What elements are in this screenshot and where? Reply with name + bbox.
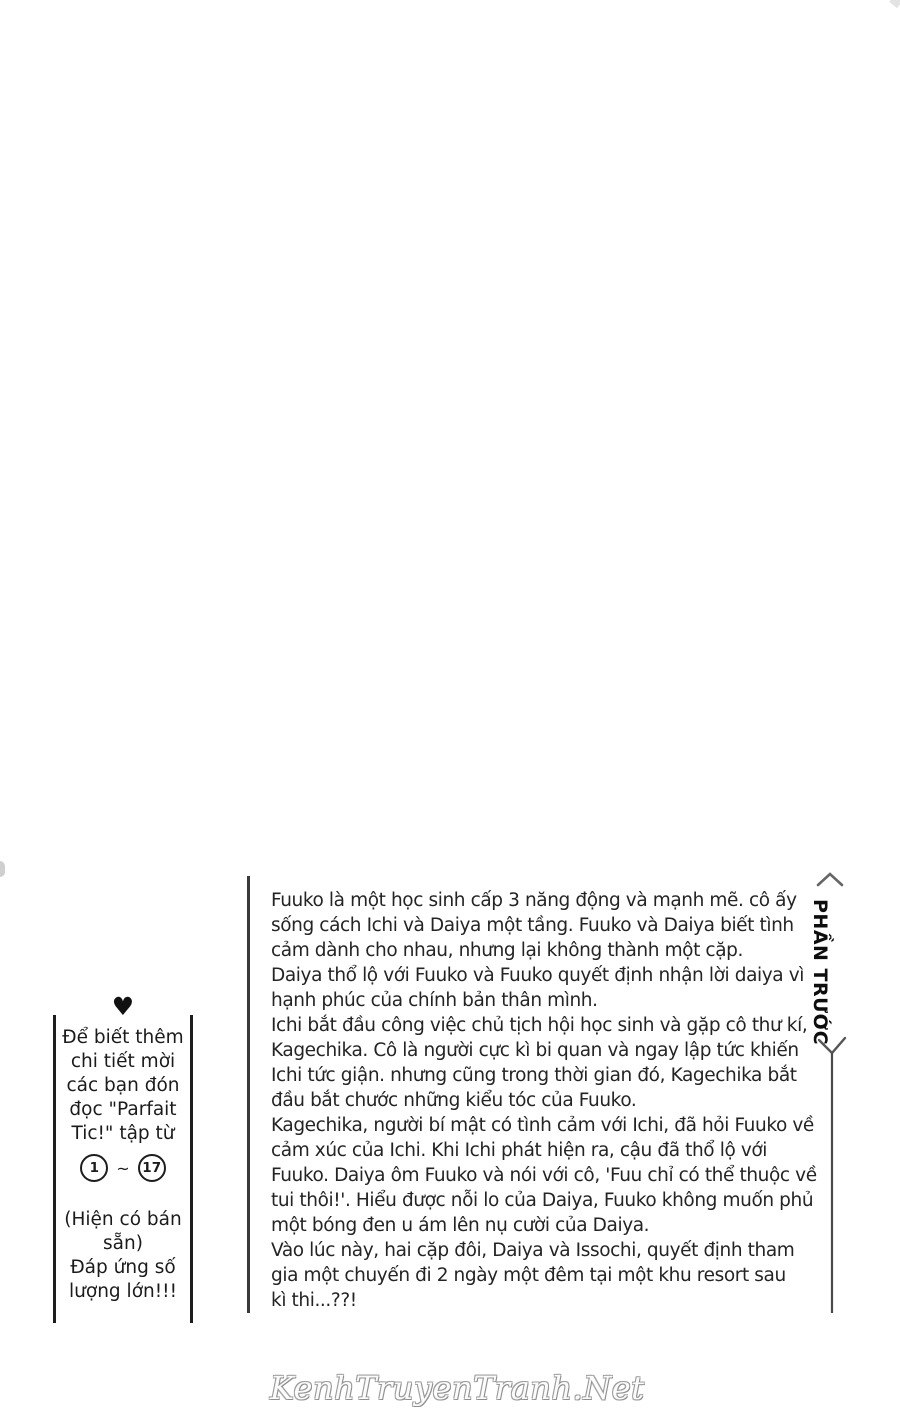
synopsis-line: tui thôi!'. Hiểu được nỗi lo của Daiya, …	[271, 1188, 819, 1213]
tilde-separator: ~	[116, 1159, 129, 1178]
bracket-tail-icon	[816, 1036, 848, 1320]
volume-range: 1 ~ 17	[56, 1153, 190, 1183]
synopsis-line: sống cách Ichi và Daiya một tầng. Fuuko …	[271, 913, 819, 938]
heart-icon: ♥	[53, 994, 193, 1020]
synopsis-line: Daiya thổ lộ với Fuuko và Fuuko quyết đị…	[271, 963, 819, 988]
note-line: các bạn đón	[56, 1074, 190, 1098]
synopsis-line: Ichi bắt đầu công việc chủ tịch hội học …	[271, 1013, 819, 1038]
note-line: đọc "Parfait	[56, 1098, 190, 1122]
note-line: Tic!" tập từ	[56, 1122, 190, 1146]
vertical-divider	[247, 876, 250, 1313]
publisher-note: Để biết thêm chi tiết mời các bạn đón đọ…	[56, 1026, 190, 1304]
synopsis-line: Kagechika, người bí mật có tình cảm với …	[271, 1113, 819, 1138]
synopsis-line: hạnh phúc của chính bản thân mình.	[271, 988, 819, 1013]
synopsis-line: Ichi tức giận. nhưng cũng trong thời gia…	[271, 1063, 819, 1088]
synopsis-line: Fuuko là một học sinh cấp 3 năng động và…	[271, 888, 819, 913]
synopsis-line: Kagechika. Cô là người cực kì bi quan và…	[271, 1038, 819, 1063]
note-line: (Hiện có bán	[56, 1208, 190, 1232]
synopsis-text: Fuuko là một học sinh cấp 3 năng động và…	[271, 888, 819, 1313]
synopsis-line: cảm dành cho nhau, nhưng lại không thành…	[271, 938, 819, 963]
note-line: Để biết thêm	[56, 1026, 190, 1050]
previous-section-label: PHẦN TRƯỚC	[809, 899, 831, 1039]
watermark-text: KenhTruyenTranh.Net	[270, 1366, 630, 1410]
synopsis-line: gia một chuyến đi 2 ngày một đêm tại một…	[271, 1263, 819, 1288]
note-box-right-rule	[190, 1015, 193, 1323]
synopsis-line: kì thi...??!	[271, 1288, 819, 1313]
volume-end-badge: 17	[138, 1154, 166, 1182]
synopsis-line: Vào lúc này, hai cặp đôi, Daiya và Issoc…	[271, 1238, 819, 1263]
synopsis-line: cảm xúc của Ichi. Khi Ichi phát hiện ra,…	[271, 1138, 819, 1163]
note-line: chi tiết mời	[56, 1050, 190, 1074]
synopsis-line: một bóng đen u ám lên nụ cười của Daiya.	[271, 1213, 819, 1238]
synopsis-line: đầu bắt chước những kiểu tóc của Fuuko.	[271, 1088, 819, 1113]
page-edge-mark-top-right	[889, 0, 900, 8]
note-line: lượng lớn!!!	[56, 1280, 190, 1304]
synopsis-line: Fuuko. Daiya ôm Fuuko và nói với cô, 'Fu…	[271, 1163, 819, 1188]
volume-start-badge: 1	[80, 1154, 108, 1182]
note-line: Đáp ứng số	[56, 1256, 190, 1280]
note-line: sẵn)	[56, 1232, 190, 1256]
manga-recap-page: { "colors": { "background": "#ffffff", "…	[0, 0, 900, 1426]
page-edge-mark-left	[0, 861, 5, 877]
chevron-up-icon	[816, 871, 844, 891]
